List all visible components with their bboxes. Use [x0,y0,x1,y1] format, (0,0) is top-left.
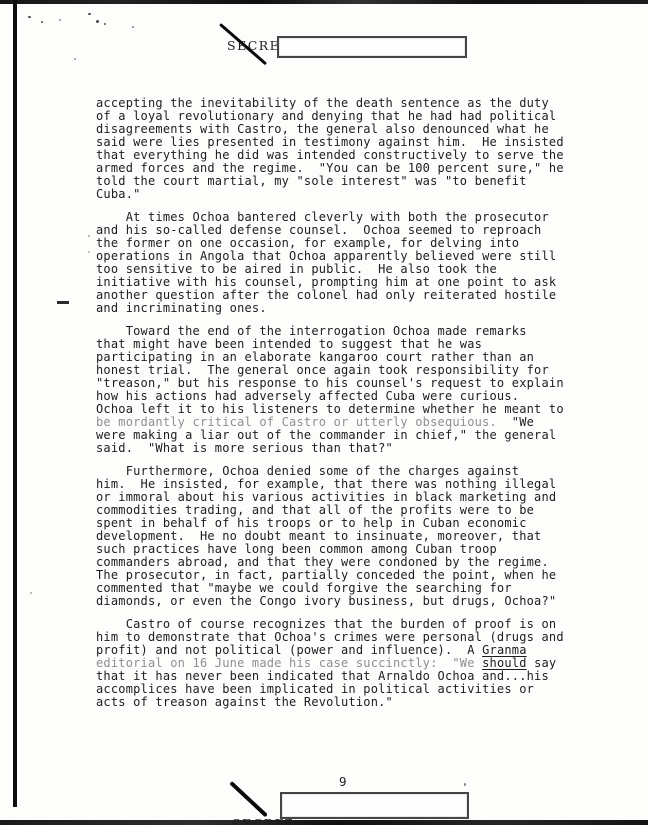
scan-bottom-edge-artifact [0,820,648,825]
paragraph-5: Castro of course recognizes that the bur… [96,618,574,709]
scan-speckle [132,26,134,28]
redaction-box-bottom [280,792,469,819]
margin-dash-mark [57,301,69,304]
paragraph-text-faded: editorial on 16 June made his case succi… [96,656,482,670]
scan-speckle [74,58,76,60]
scan-left-edge-artifact [13,0,17,807]
scan-speckle [88,251,90,253]
redaction-box-top [277,36,467,58]
scan-speckle [59,19,61,21]
declassification-strike-bottom [230,781,268,817]
scan-speckle [41,21,43,23]
paragraph-3: Toward the end of the interrogation Ocho… [96,325,574,455]
paragraph-text: At times Ochoa bantered cleverly with bo… [96,210,556,315]
publication-title-underlined: Granma [482,643,527,657]
scan-top-edge-artifact [0,0,648,4]
scan-speckle [88,235,90,237]
paragraph-text: Furthermore, Ochoa denied some of the ch… [96,464,556,608]
scan-speckle [28,16,31,18]
page-number: 9 [339,774,347,789]
document-page: SECRET accepting the inevitability of th… [0,0,648,825]
paragraph-1: accepting the inevitability of the death… [96,97,574,201]
paragraph-text: Toward the end of the interrogation Ocho… [96,324,564,416]
scan-speckle [30,592,32,594]
paragraph-text-faded: be mordantly critical of Castro or utter… [96,415,497,429]
scan-speckle [464,783,466,786]
document-body: accepting the inevitability of the death… [96,97,574,719]
scan-speckle [96,20,99,23]
scan-speckle [88,13,91,15]
paragraph-text: accepting the inevitability of the death… [96,96,564,201]
scan-speckle [104,23,106,25]
emphasized-word-underlined: should [482,656,527,670]
paragraph-4: Furthermore, Ochoa denied some of the ch… [96,465,574,608]
paragraph-2: At times Ochoa bantered cleverly with bo… [96,211,574,315]
